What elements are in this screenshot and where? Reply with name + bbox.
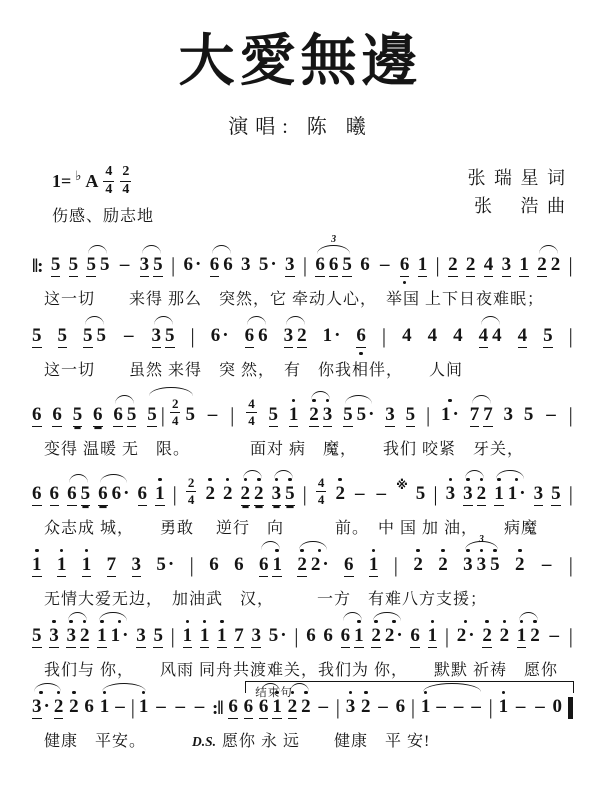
note: 2	[515, 555, 525, 577]
note-number: 1	[200, 626, 210, 648]
octave-dot	[448, 399, 452, 403]
note-number: 6	[244, 697, 254, 719]
note: 1	[421, 697, 431, 719]
time-signature-numerator: 2	[186, 476, 197, 492]
barline: |	[411, 697, 415, 719]
note-number: 1	[499, 697, 509, 719]
note-number: 6	[259, 555, 269, 577]
final-barline	[568, 697, 573, 719]
note-number: 5	[73, 405, 83, 427]
note: 5	[343, 405, 353, 427]
octave-dot	[349, 691, 353, 695]
note: 6·	[112, 484, 130, 506]
note-number: 5	[524, 405, 534, 427]
note-number: 5	[269, 405, 279, 427]
note-number: 5	[406, 405, 416, 427]
octave-dots-above	[241, 477, 251, 481]
barline: |	[394, 555, 398, 577]
octave-dots-above	[254, 477, 264, 481]
octave-dots-above	[288, 690, 298, 694]
note: 6	[50, 484, 60, 506]
octave-dots-above	[530, 619, 540, 623]
time-signature-2-4: 2 4	[120, 165, 131, 197]
note: 3	[152, 326, 162, 348]
note-number: 2	[500, 626, 510, 648]
note-number: 7	[470, 405, 480, 427]
octave-dot	[288, 478, 292, 482]
note: 6	[356, 326, 366, 348]
note: 3	[463, 555, 473, 577]
octave-dots-above	[272, 690, 282, 694]
note: 6	[259, 555, 269, 577]
note: 3	[272, 484, 282, 506]
notes-row: 111735·|666122·61|223352–|	[30, 538, 575, 586]
note-number: 6	[210, 255, 220, 277]
octave-dot	[203, 620, 207, 624]
note-number: 6	[410, 626, 420, 648]
octave-dot	[52, 620, 56, 624]
note-number: 2	[254, 484, 264, 506]
augmentation-dot: ·	[121, 484, 129, 506]
note: 7	[470, 405, 480, 427]
note: 5	[51, 255, 61, 277]
note: 6	[329, 255, 339, 277]
note-number: 7	[483, 405, 493, 427]
note: 4	[492, 326, 502, 348]
augmentation-dot: ·	[120, 626, 128, 648]
note: 7	[107, 555, 117, 577]
time-signature-denominator: 4	[318, 492, 325, 507]
octave-dot	[103, 691, 107, 695]
note-number: 2	[54, 697, 64, 719]
note: 5	[406, 405, 416, 427]
octave-dots-above	[57, 548, 67, 552]
note-number: 1	[272, 555, 282, 577]
note: 3	[502, 255, 512, 277]
octave-dots-above	[66, 619, 76, 623]
note-number: 5	[490, 555, 500, 577]
octave-dots-above	[477, 477, 487, 481]
octave-dot	[275, 478, 279, 482]
barline: |	[445, 626, 449, 648]
note-number: 3	[446, 484, 456, 506]
octave-dot	[424, 691, 428, 695]
lyric-row: 健康 平安。D.S.愿你 永 远 健康 平 安!	[30, 728, 575, 749]
octave-dots-above	[80, 619, 90, 623]
augmentation-dot: ·	[278, 626, 286, 648]
note-number: 5	[32, 326, 42, 348]
note: 2	[371, 626, 381, 648]
octave-dot	[57, 691, 61, 695]
duration-dash: –	[154, 697, 168, 719]
note-number: 7	[107, 555, 117, 577]
lyric-row: 无情大爱无边， 加油武 汉， 一方 有难八方支援；	[30, 586, 575, 607]
slur-group: 22·	[297, 555, 328, 577]
note-number: 6	[112, 484, 122, 506]
octave-dot	[359, 352, 363, 356]
note-number: 3	[241, 255, 251, 277]
octave-dot	[83, 620, 87, 624]
duration-dash: –	[514, 697, 528, 719]
note: 1	[82, 555, 92, 577]
note-number: 5	[100, 255, 110, 277]
note: 3	[140, 255, 150, 277]
lyric-text: 这一切 来得 那么 突然，它 牵动人心， 举国 上下日夜难眠；	[44, 286, 544, 309]
note: 6	[258, 326, 268, 348]
note: 5·	[357, 405, 375, 427]
slur-group: 77	[470, 405, 493, 427]
barline: |	[171, 255, 175, 277]
octave-dot	[364, 691, 368, 695]
octave-dot	[275, 549, 279, 553]
note: 6	[138, 484, 148, 506]
octave-dots-above	[311, 548, 329, 552]
octave-dot	[69, 620, 73, 624]
note: 2	[482, 626, 492, 648]
tempo-marking: 伤感、励志地	[52, 203, 154, 226]
note: 2	[241, 484, 251, 506]
octave-dots-above	[309, 398, 319, 402]
note: 1	[272, 697, 282, 719]
note: 2	[530, 626, 540, 648]
octave-dot	[431, 620, 435, 624]
note: 3	[477, 555, 487, 577]
octave-dot	[497, 478, 501, 482]
barline: |	[569, 626, 573, 648]
slur-group: 1–|1	[100, 697, 149, 719]
note: 5	[127, 405, 137, 427]
octave-dots-above	[272, 548, 282, 552]
duration-dash: –	[193, 697, 207, 719]
note: 5	[147, 405, 157, 427]
note-number: 2	[482, 626, 492, 648]
lyric-row: 我们与 你， 风雨 同舟共渡难关，我们为 你， 默默 祈祷 愿你	[30, 657, 575, 678]
octave-dots-above	[385, 619, 403, 623]
duration-dash: –	[376, 697, 390, 719]
note: 1	[428, 626, 438, 648]
note: 5	[551, 484, 561, 506]
octave-dots-above	[438, 548, 448, 552]
note: 2	[288, 697, 298, 719]
octave-dots-above	[335, 477, 345, 481]
note-number: 1	[519, 255, 529, 277]
note: 6	[360, 255, 370, 277]
note: 2	[309, 405, 319, 427]
slur-group: 65	[67, 484, 90, 506]
note-number: 6	[306, 626, 316, 648]
note: 7	[483, 405, 493, 427]
note-number: 5	[342, 255, 352, 277]
barline: |	[131, 697, 135, 719]
note-number: 4	[518, 326, 528, 348]
note-number: 6	[98, 484, 108, 506]
barline: |	[426, 405, 430, 427]
duration-dash: –	[533, 697, 547, 719]
octave-dots-above	[371, 619, 381, 623]
note: 1	[217, 626, 227, 648]
note: 6	[32, 405, 42, 427]
barline: |	[230, 405, 234, 427]
duration-dash: –	[353, 484, 367, 506]
octave-dots-above	[217, 619, 227, 623]
note-number: 6	[396, 697, 406, 719]
note: 6	[315, 255, 325, 277]
note-number: 3	[136, 626, 146, 648]
octave-dot	[60, 549, 64, 553]
note-number: 4	[428, 326, 438, 348]
octave-dots-above	[301, 690, 311, 694]
time-signature: 24	[170, 397, 181, 427]
augmentation-dot: ·	[42, 697, 50, 719]
note-number: 5	[543, 326, 553, 348]
octave-dot	[485, 620, 489, 624]
note: 1	[155, 484, 165, 506]
octave-dot	[338, 478, 342, 482]
octave-dot	[312, 399, 316, 403]
note-number: 3	[502, 255, 512, 277]
note-number: 1	[32, 555, 42, 577]
lyric-text: 健康 平安。	[44, 728, 146, 751]
note-number: 3	[49, 626, 59, 648]
note: 6	[410, 626, 420, 648]
slur-group: 22·	[371, 626, 402, 648]
note-number: 2	[448, 255, 458, 277]
note-number: 3	[152, 326, 162, 348]
octave-dot	[257, 478, 261, 482]
note: 2	[466, 255, 476, 277]
octave-dot	[72, 691, 76, 695]
note: 2	[69, 697, 79, 719]
octave-dots-above	[155, 477, 165, 481]
octave-dots-above	[463, 548, 473, 552]
barline: |	[433, 484, 437, 506]
octave-dots-above	[517, 619, 527, 623]
note: 5	[416, 484, 426, 506]
slur-group: 32	[463, 484, 486, 506]
lyric-text: 愿你 永 远 健康 平 安!	[222, 728, 430, 751]
note: 5	[58, 326, 68, 348]
lyric-text: 这一切 虽然 来得 突 然， 有 你我相伴， 人间	[44, 357, 463, 380]
note: 6	[210, 255, 220, 277]
note: 5·	[269, 626, 287, 648]
octave-dots-above	[183, 619, 193, 623]
note-number: 5	[416, 484, 426, 506]
octave-dots-above	[289, 398, 299, 402]
note: 3·	[32, 697, 50, 719]
time-signature-denominator: 4	[248, 413, 255, 428]
note: 5	[185, 405, 195, 427]
octave-dot	[100, 620, 104, 624]
slur-group: 3·2	[32, 697, 63, 719]
note-number: 2	[297, 555, 307, 577]
duration-dash: –	[544, 405, 558, 427]
note-number: 5	[165, 326, 175, 348]
octave-dot	[480, 478, 484, 482]
note-number: 6	[400, 255, 410, 277]
note-number: 1	[517, 626, 527, 648]
note-number: 1	[289, 405, 299, 427]
note-number: 2	[205, 484, 215, 506]
note-number: 3	[272, 484, 282, 506]
music-line-2: 5555–35|6·66321·6|4444445|这一切 虽然 来得 突 然，…	[30, 309, 575, 378]
note-number: 1	[155, 484, 165, 506]
note-number: 1	[82, 555, 92, 577]
note-number: 1	[494, 484, 504, 506]
slur-group: 5|245	[147, 397, 195, 427]
note-number: 6	[138, 484, 148, 506]
barline: |	[303, 484, 307, 506]
notes-row: 533211·35|111735·|666122·61|2·2212–|	[30, 609, 575, 657]
note-number: 3	[534, 484, 544, 506]
octave-dot	[533, 620, 537, 624]
octave-dots-above	[508, 477, 526, 481]
augmentation-dot: ·	[193, 255, 201, 277]
note: 2·	[457, 626, 475, 648]
note-number: 4	[453, 326, 463, 348]
note: 2	[301, 697, 311, 719]
note: 2	[80, 626, 90, 648]
octave-dot	[441, 549, 445, 553]
octave-dots-above	[223, 477, 233, 481]
note: 6	[234, 555, 244, 577]
note-number: 2	[309, 405, 319, 427]
slur-group: 61	[259, 697, 282, 719]
note-number: 6	[228, 697, 238, 719]
note-number: 6	[329, 255, 339, 277]
note-number: 2	[301, 697, 311, 719]
octave-dot	[449, 478, 453, 482]
note: 6	[259, 697, 269, 719]
note-number: 1	[97, 626, 107, 648]
note-number: 2	[311, 555, 321, 577]
note: 6	[113, 405, 123, 427]
note-number: 3	[285, 255, 295, 277]
octave-dot	[403, 281, 407, 285]
octave-dots-above	[111, 619, 129, 623]
augmentation-dot: ·	[166, 555, 174, 577]
note-number: 4	[492, 326, 502, 348]
note: 2	[477, 484, 487, 506]
note: 2	[254, 484, 264, 506]
note-number: 2	[466, 255, 476, 277]
duration-dash: –	[113, 697, 127, 719]
music-line-5: 111735·|666122·61|223352–|无情大爱无边， 加油武 汉，…	[30, 538, 575, 607]
augmentation-dot: ·	[466, 626, 474, 648]
octave-dots-above	[346, 690, 356, 694]
duration-dash: –	[118, 255, 132, 277]
note: 4	[453, 326, 463, 348]
octave-dot	[357, 620, 361, 624]
duration-dash: –	[316, 697, 330, 719]
music-line-3: 6656655|245–|44512355·35|1·7735–|变得 温暖 无…	[30, 380, 575, 457]
slur-group: 22	[537, 255, 560, 277]
note: 5	[543, 326, 553, 348]
notes-row: 666566·61|24222235|442––※5|33211·35|	[30, 459, 575, 515]
note: 2	[413, 555, 423, 577]
octave-dot	[85, 549, 89, 553]
note-number: 5	[285, 484, 295, 506]
octave-dots-above	[369, 548, 379, 552]
note-number: 3	[504, 405, 514, 427]
note: 4	[479, 326, 489, 348]
note: 2	[297, 326, 307, 348]
note: 2	[537, 255, 547, 277]
note-number: 3	[477, 555, 487, 577]
note: 5	[81, 484, 91, 506]
barline: |	[489, 697, 493, 719]
note: 3	[285, 255, 295, 277]
octave-dot	[142, 691, 146, 695]
key-equals: 1=	[52, 171, 71, 192]
octave-dots-above	[97, 619, 107, 623]
note: 2	[361, 697, 371, 719]
note: 1	[354, 626, 364, 648]
octave-dot	[326, 399, 330, 403]
lyric-row: 这一切 虽然 来得 突 然， 有 你我相伴， 人间	[30, 357, 575, 378]
note-number: 5	[153, 255, 163, 277]
note: 1·	[441, 405, 459, 427]
octave-dots-above	[285, 477, 295, 481]
time-signature-4-4: 4 4	[103, 165, 114, 197]
performer-credit: 演唱: 陈 曦	[0, 110, 601, 139]
duration-dash: –	[540, 555, 554, 577]
note: 6	[396, 697, 406, 719]
note-number: 5	[97, 326, 107, 348]
note: 3	[132, 555, 142, 577]
duration-dash: –	[375, 484, 389, 506]
slur-group: 12	[517, 626, 540, 648]
note-number: 6	[93, 405, 103, 427]
note-number: 1	[217, 626, 227, 648]
music-line-7: 结束句3·2261–|1–––:‖666122–|32–6|1–––|1––0健…	[30, 680, 575, 749]
note: 6	[306, 626, 316, 648]
octave-dot	[464, 620, 468, 624]
note: 5	[86, 255, 96, 277]
begin-repeat-sign: ‖:	[32, 257, 43, 277]
note-number: 5	[83, 326, 93, 348]
octave-dot	[275, 691, 279, 695]
barline: |	[161, 405, 165, 427]
notes-row: 6656655|245–|44512355·35|1·7735–|	[30, 380, 575, 436]
note-number: 6	[360, 255, 370, 277]
octave-dots-above	[361, 690, 371, 694]
note: 2·	[311, 555, 329, 577]
octave-dots-above	[32, 548, 42, 552]
barline: |	[569, 255, 573, 277]
note-number: 2	[477, 484, 487, 506]
end-repeat-sign: :‖	[212, 699, 223, 719]
note: 6	[98, 484, 108, 506]
lyric-row: 变得 温暖 无 限。 面对 病 魔， 我们 咬紧 牙关，	[30, 436, 575, 457]
time-signature-numerator: 4	[316, 476, 327, 492]
slur-group: 66·	[98, 484, 129, 506]
note-number: 5	[156, 555, 166, 577]
note: 4	[428, 326, 438, 348]
sheet-music-page: 大愛無邊 演唱: 陈 曦 1=♭A 4 4 2 4 伤感、励志地 张 瑞 星 词…	[0, 0, 601, 809]
note: 1	[272, 555, 282, 577]
note-number: 5	[32, 626, 42, 648]
octave-dot	[466, 478, 470, 482]
triplet-group: 665	[315, 255, 352, 277]
octave-dot	[158, 478, 162, 482]
note-number: 2	[288, 697, 298, 719]
note-number: 1	[57, 555, 67, 577]
note: 5	[342, 255, 352, 277]
note: 2	[223, 484, 233, 506]
meta-row: 1=♭A 4 4 2 4 伤感、励志地 张 瑞 星 词 张 浩 曲	[52, 165, 567, 226]
barline: |	[569, 405, 573, 427]
octave-dots-above	[49, 619, 59, 623]
